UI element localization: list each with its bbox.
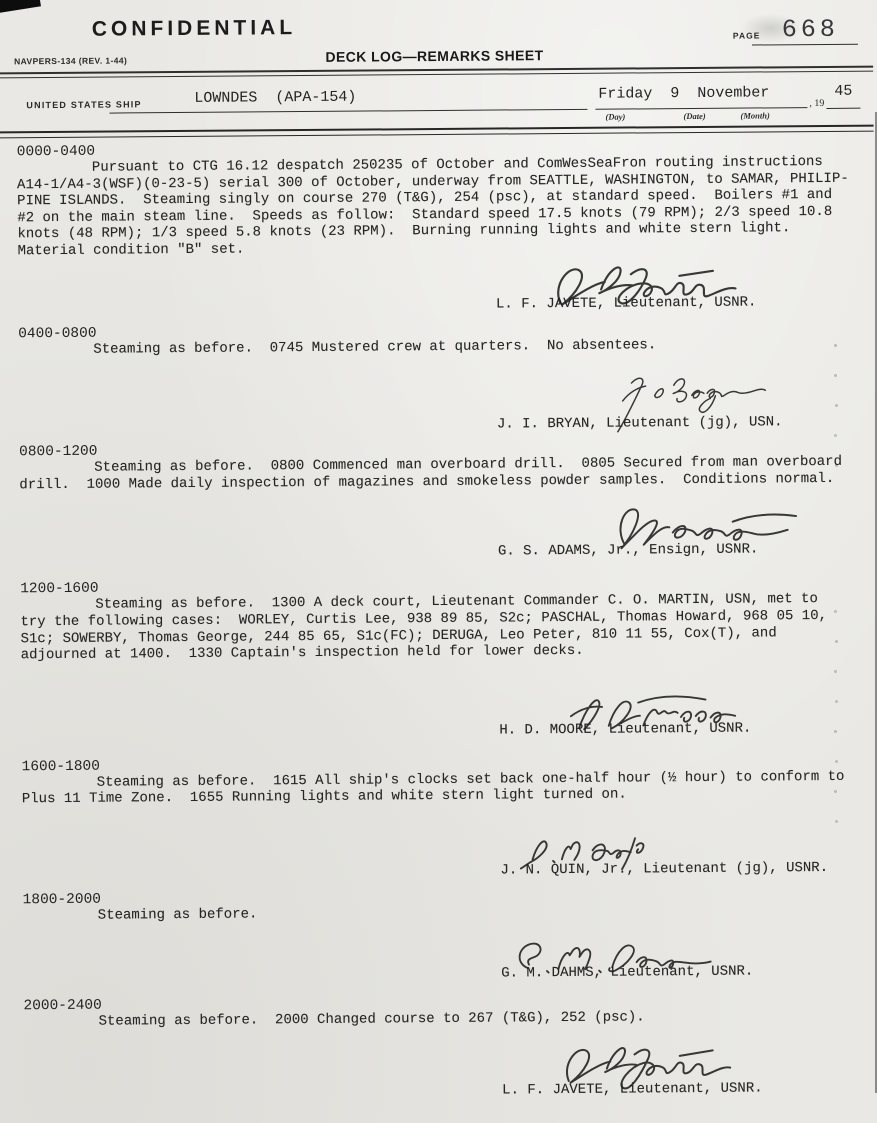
signature-block: G. M. DAHMS, Lieutenant, USNR. bbox=[501, 932, 870, 981]
page-number: 668 bbox=[782, 15, 839, 44]
signature-block: J. I. BRYAN, Lieutenant (jg), USN. bbox=[497, 370, 866, 433]
page-label: PAGE bbox=[733, 30, 761, 40]
log-entry-1600-1800: 1600-1800 Steaming as before. 1615 All s… bbox=[22, 752, 870, 882]
signature-javete-handwriting bbox=[544, 256, 749, 314]
signature-adams-handwriting bbox=[598, 497, 808, 559]
month-field-label: (Month) bbox=[740, 110, 769, 120]
classification-stamp: CONFIDENTIAL bbox=[92, 16, 297, 42]
log-entry-0000-0400: 0000-0400 Pursuant to CTG 16.12 despatch… bbox=[17, 138, 865, 316]
year-prefix: , 19 bbox=[809, 98, 824, 109]
ship-underline bbox=[109, 109, 587, 114]
date-field-label: (Date) bbox=[683, 111, 705, 121]
log-entry-0400-0800: 0400-0800 Steaming as before. 0745 Muste… bbox=[18, 319, 866, 436]
log-entry-1800-2000: 1800-2000 Steaming as before. G. M. DAHM… bbox=[23, 886, 871, 985]
signature-bryan-handwriting bbox=[592, 370, 787, 436]
signature-block: J. N. QUIN, Jr., Lieutenant (jg), USNR. bbox=[500, 828, 869, 879]
form-title: DECK LOG—REMARKS SHEET bbox=[0, 45, 873, 68]
date-underline bbox=[595, 107, 807, 110]
ship-label: UNITED STATES SHIP bbox=[26, 99, 141, 110]
signature-block: L. F. JAVETE, Lieutenant, USNR. bbox=[502, 1036, 871, 1099]
log-entry-2000-2400: 2000-2400 Steaming as before. 2000 Chang… bbox=[23, 991, 871, 1102]
form-header: CONFIDENTIAL PAGE 668 NAVPERS-134 (REV. … bbox=[0, 0, 874, 141]
ship-name: LOWNDES (APA-154) bbox=[194, 89, 356, 107]
header-rule-bottom bbox=[0, 125, 874, 139]
signature-block: H. D. MOORE, Lieutenant, USNR. bbox=[499, 687, 868, 738]
signature-javete-handwriting bbox=[560, 1037, 738, 1098]
signature-dahms-handwriting bbox=[497, 933, 722, 979]
signature-block: G. S. ADAMS, Jr., Ensign, USNR. bbox=[498, 497, 867, 560]
sheet: CONFIDENTIAL PAGE 668 NAVPERS-134 (REV. … bbox=[0, 0, 877, 1123]
header-rule-top bbox=[0, 66, 873, 79]
day-field-label: (Day) bbox=[605, 112, 625, 122]
signature-quin-handwriting bbox=[504, 829, 666, 874]
log-entry-0800-1200: 0800-1200 Steaming as before. 0800 Comme… bbox=[19, 438, 867, 564]
log-entry-1200-1600: 1200-1600 Steaming as before. 1300 A dec… bbox=[20, 575, 868, 742]
log-entries: 0000-0400 Pursuant to CTG 16.12 despatch… bbox=[0, 138, 877, 1103]
deck-log-remarks-sheet: CONFIDENTIAL PAGE 668 NAVPERS-134 (REV. … bbox=[0, 0, 877, 1123]
year-value: 45 bbox=[834, 83, 852, 100]
signature-block: L. F. JAVETE, Lieutenant, USNR. bbox=[496, 255, 865, 312]
year-underline bbox=[826, 108, 860, 109]
signature-moore-handwriting bbox=[561, 688, 743, 735]
date-value: Friday 9 November bbox=[598, 84, 769, 102]
